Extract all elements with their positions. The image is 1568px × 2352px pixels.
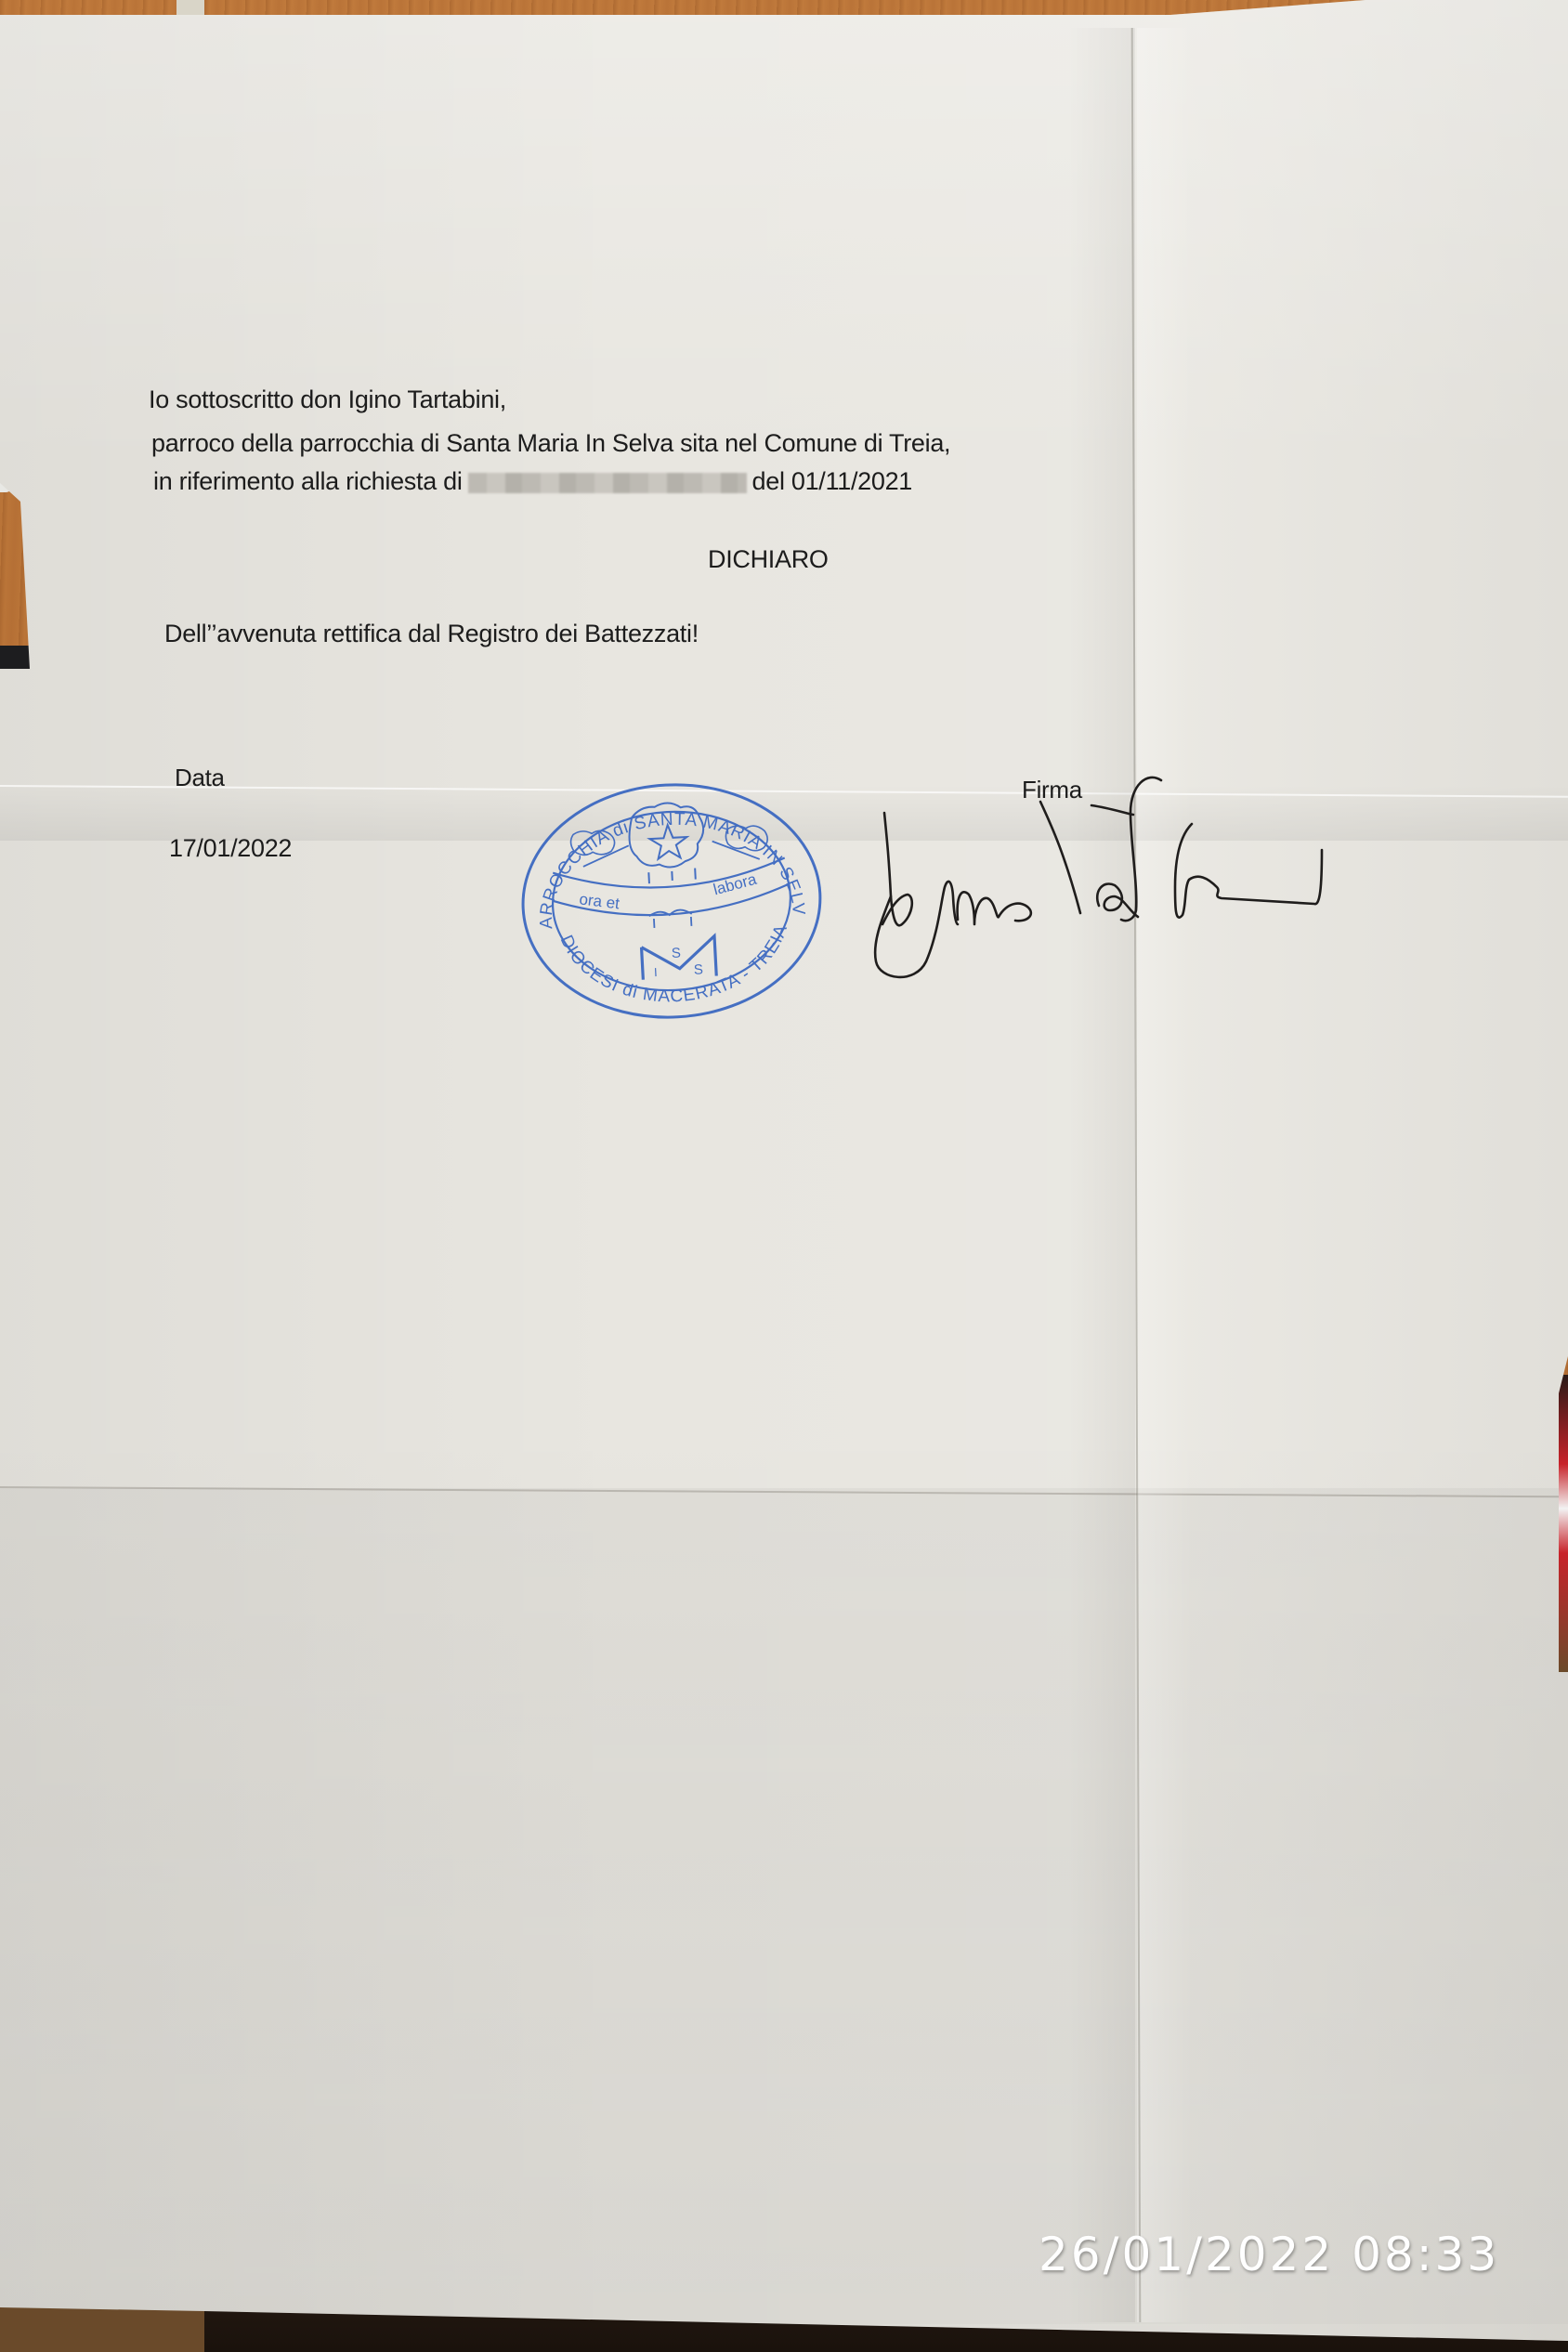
reference-line: in riferimento alla richiesta didel 01/1… (153, 467, 912, 496)
svg-text:PARROCCHIA di SANTA MARIA IN S: PARROCCHIA di SANTA MARIA IN SELVA (509, 770, 808, 931)
fold-highlight (1137, 28, 1193, 2322)
fold-shadow (1068, 28, 1135, 2322)
reference-suffix: del 01/11/2021 (752, 467, 912, 495)
parish-stamp: PARROCCHIA di SANTA MARIA IN SELVA DIOCE… (509, 770, 832, 1032)
declaration-heading: DICHIARO (708, 545, 829, 574)
intro-line: Io sottoscritto don Igino Tartabini, (149, 385, 506, 414)
svg-text:S: S (693, 961, 703, 978)
handwritten-signature (859, 757, 1342, 989)
svg-text:labora: labora (712, 870, 759, 899)
photo-timestamp: 26/01/2022 08:33 (1039, 2228, 1499, 2281)
fold-shadow (0, 1488, 1568, 2324)
date-label: Data (175, 764, 225, 792)
reference-prefix: in riferimento alla richiesta di (153, 467, 463, 495)
svg-text:I: I (654, 965, 658, 979)
declaration-statement: Dell’’avvenuta rettifica dal Registro de… (164, 620, 699, 648)
date-value: 17/01/2022 (169, 834, 292, 863)
paper-sheet: Io sottoscritto don Igino Tartabini, par… (0, 0, 1568, 2352)
svg-text:S: S (671, 946, 681, 962)
background-object (176, 0, 204, 15)
redacted-name (468, 473, 747, 493)
role-line: parroco della parrocchia di Santa Maria … (151, 429, 950, 458)
